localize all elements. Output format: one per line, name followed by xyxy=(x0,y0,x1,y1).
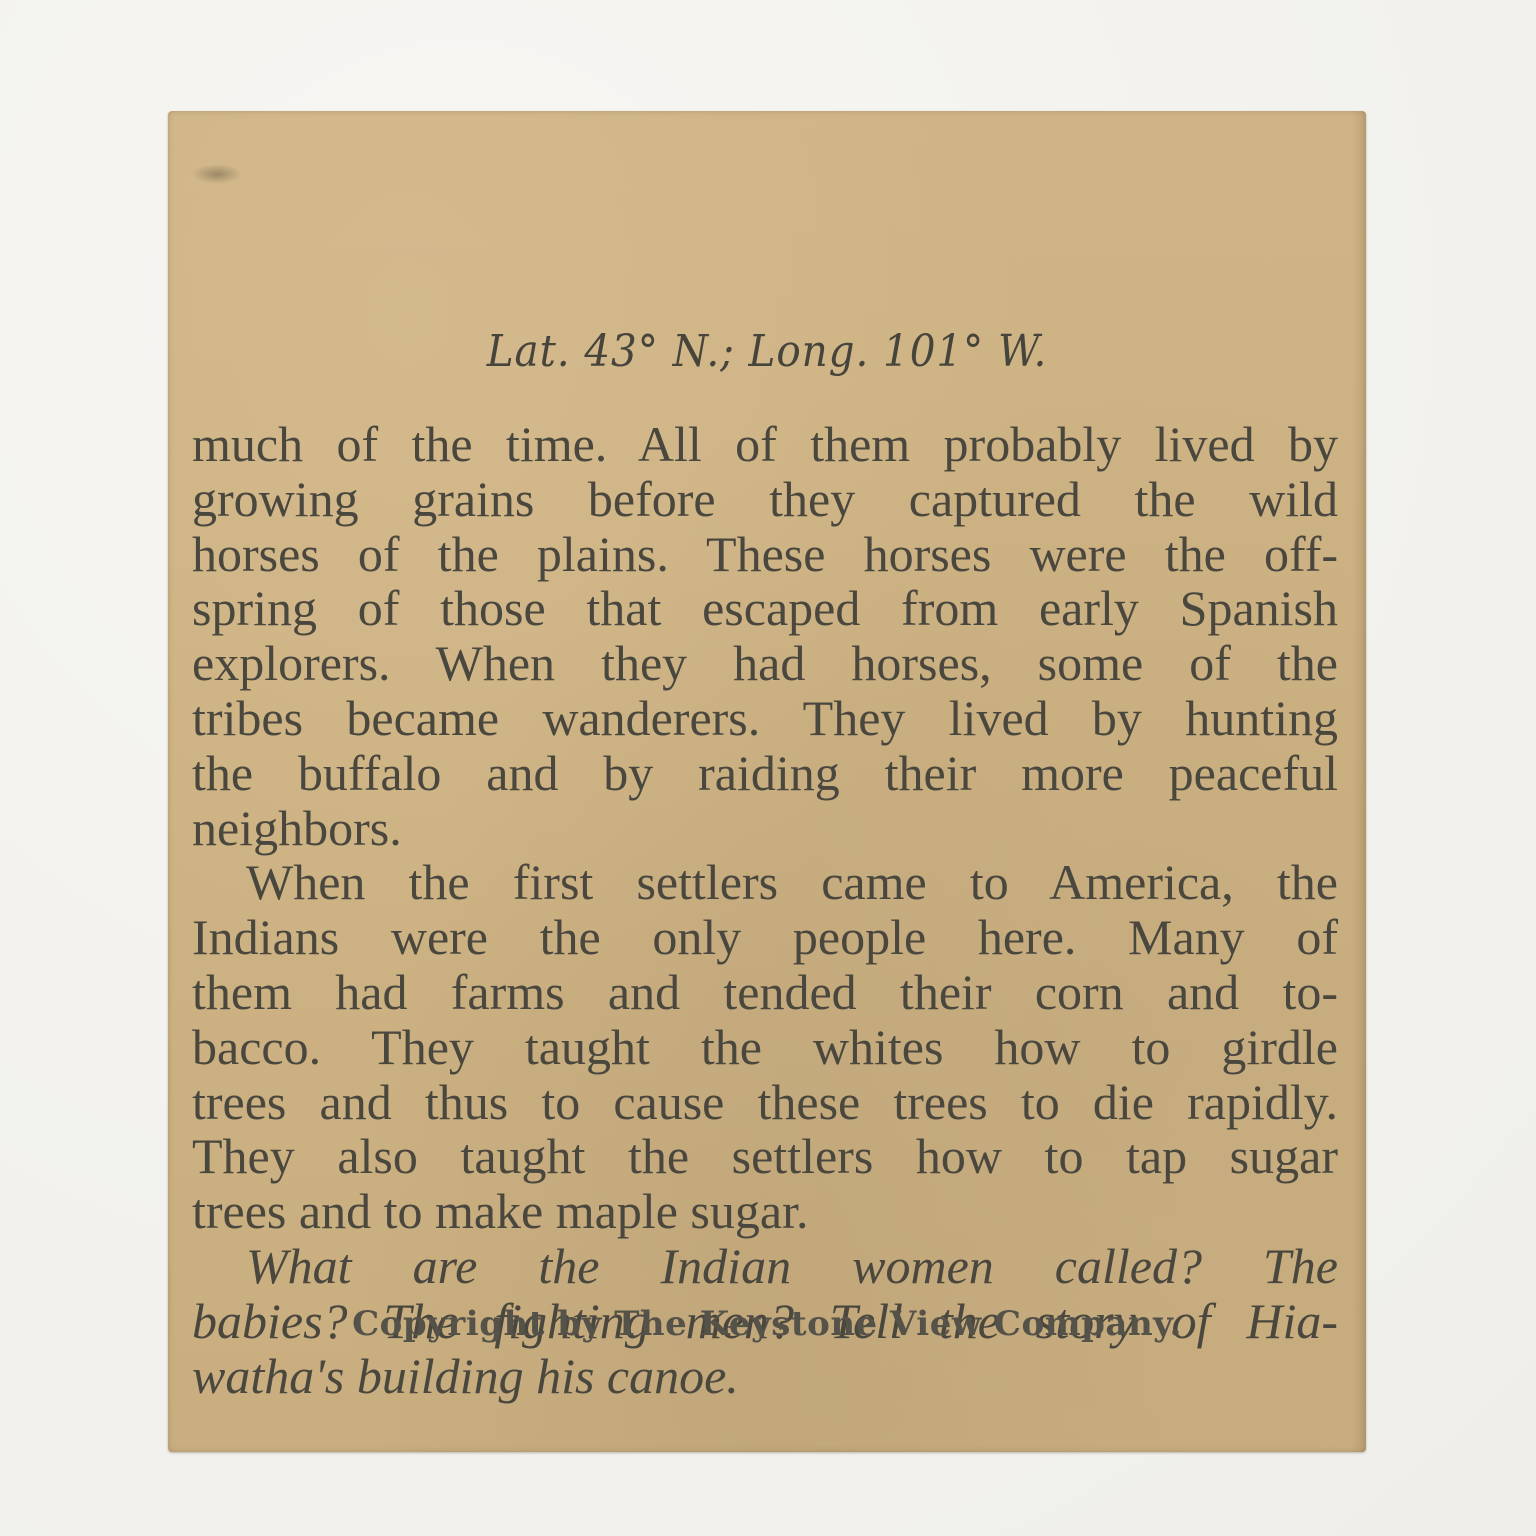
text-line: spring of those that escaped from early … xyxy=(192,581,1338,636)
text-line: When the first settlers came to America,… xyxy=(192,855,1338,910)
copyright-notice: Copyright by The Keystone View Company. xyxy=(168,1304,1366,1344)
text-line: bacco. They taught the whites how to gir… xyxy=(192,1020,1338,1075)
text-line: trees and thus to cause these trees to d… xyxy=(192,1075,1338,1130)
text-line: explorers. When they had horses, some of… xyxy=(192,636,1338,691)
coordinates-heading: Lat. 43° N.; Long. 101° W. xyxy=(216,326,1318,377)
text-line: trees and to make maple sugar. xyxy=(192,1184,1338,1239)
paragraph-2: When the first settlers came to America,… xyxy=(192,855,1338,1239)
text-line: them had farms and tended their corn and… xyxy=(192,965,1338,1020)
text-line: neighbors. xyxy=(192,801,1338,856)
stereoview-card-back: Lat. 43° N.; Long. 101° W. much of the t… xyxy=(168,111,1366,1452)
question-line: What are the Indian women called? The xyxy=(192,1239,1338,1294)
text-line: They also taught the settlers how to tap… xyxy=(192,1129,1338,1184)
question-line: watha's building his canoe. xyxy=(192,1349,1338,1404)
text-line: tribes became wanderers. They lived by h… xyxy=(192,691,1338,746)
text-line: horses of the plains. These horses were … xyxy=(192,527,1338,582)
text-line: Indians were the only people here. Many … xyxy=(192,910,1338,965)
text-line: the buffalo and by raiding their more pe… xyxy=(192,746,1338,801)
card-text-body: much of the time. All of them probably l… xyxy=(192,417,1338,1403)
text-line: much of the time. All of them probably l… xyxy=(192,417,1338,472)
paragraph-1: much of the time. All of them probably l… xyxy=(192,417,1338,855)
text-line: growing grains before they captured the … xyxy=(192,472,1338,527)
smudge-mark xyxy=(192,164,242,184)
